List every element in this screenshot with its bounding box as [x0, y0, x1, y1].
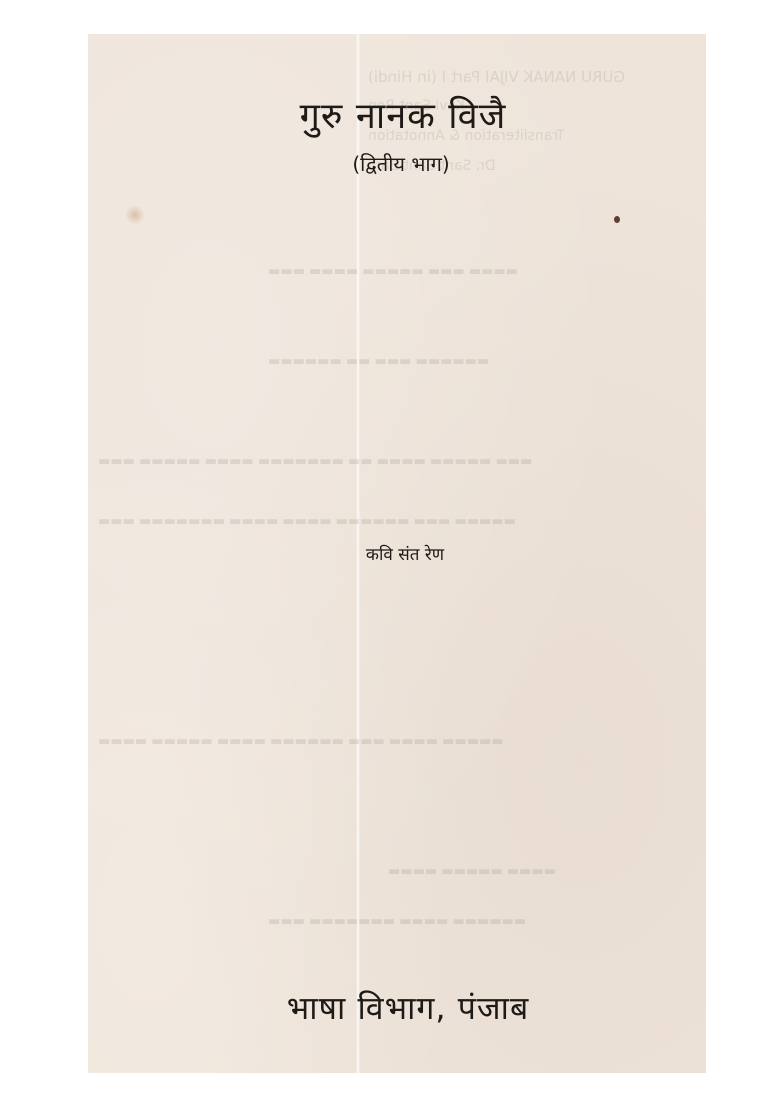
author-name: कवि संत रेण — [88, 542, 706, 565]
publisher-name: भाषा विभाग, पंजाब — [88, 986, 706, 1029]
show-through-text: ▬▬▬ ▬▬▬▬▬ ▬▬▬▬ ▬▬ ▬▬▬▬▬▬▬ ▬▬▬▬ ▬▬▬▬▬ ▬▬▬ — [98, 454, 532, 469]
paper-stain — [124, 206, 146, 224]
ink-speck — [614, 216, 620, 223]
show-through-text: ▬▬▬▬ ▬▬▬▬▬ ▬▬▬▬ — [388, 864, 556, 879]
show-through-text: ▬▬▬▬▬ ▬▬▬ ▬▬▬▬▬▬ ▬▬▬▬ ▬▬▬▬ ▬▬▬▬▬▬▬ ▬▬▬ — [98, 514, 516, 529]
scanned-page: GURU NANAK VIJAI Part I (in Hindi) Kavi … — [88, 34, 706, 1073]
book-subtitle: (द्वितीय भाग) — [88, 150, 706, 177]
show-through-text: ▬▬▬▬▬▬ ▬▬▬ ▬▬ ▬▬▬▬▬▬ — [268, 354, 489, 369]
show-through-text: ▬▬▬▬▬▬ ▬▬▬▬ ▬▬▬▬▬▬▬ ▬▬▬ — [268, 914, 526, 929]
show-through-text: ▬▬▬▬▬ ▬▬▬▬ ▬▬▬ ▬▬▬▬▬▬ ▬▬▬▬ ▬▬▬▬▬ ▬▬▬▬ — [98, 734, 504, 749]
show-through-text: ▬▬▬▬ ▬▬▬ ▬▬▬▬▬ ▬▬▬▬ ▬▬▬ — [268, 264, 518, 279]
show-through-text: GURU NANAK VIJAI Part I (in Hindi) — [368, 68, 625, 86]
book-title: गुरु नानक विजै — [88, 90, 706, 139]
